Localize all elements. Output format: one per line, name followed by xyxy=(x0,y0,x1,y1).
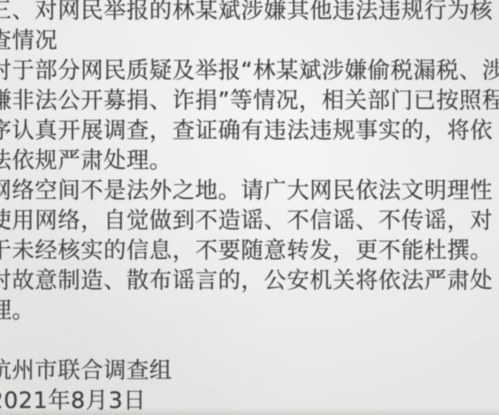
text-line: 于未经核实的信息，不要随意转发，更不能杜撰。 xyxy=(0,236,499,266)
text-line: 三、对网民举报的林某斌涉嫌其他违法违规行为核 xyxy=(0,0,499,26)
text-line: 法依规严肃处理。 xyxy=(0,146,499,176)
text-line: 理。 xyxy=(0,296,499,326)
blank-line xyxy=(0,326,499,356)
document-photo: 三、对网民举报的林某斌涉嫌其他违法违规行为核 查情况 对于部分网民质疑及举报“林… xyxy=(0,0,499,415)
text-line: 网络空间不是法外之地。请广大网民依法文明理性 xyxy=(0,176,499,206)
text-line: 对于部分网民质疑及举报“林某斌涉嫌偷税漏税、涉 xyxy=(0,56,499,86)
text-line: 嫌非法公开募捐、诈捐”等情况，相关部门已按照程 xyxy=(0,86,499,116)
announcement-text: 三、对网民举报的林某斌涉嫌其他违法违规行为核 查情况 对于部分网民质疑及举报“林… xyxy=(0,0,499,415)
text-line: 对故意制造、散布谣言的，公安机关将依法严肃处 xyxy=(0,266,499,296)
text-line: 使用网络，自觉做到不造谣、不信谣、不传谣，对 xyxy=(0,206,499,236)
signature-line: 杭州市联合调查组 xyxy=(0,356,499,386)
text-line: 序认真开展调查，查证确有违法违规事实的，将依 xyxy=(0,116,499,146)
text-line: 查情况 xyxy=(0,26,499,56)
date-line: 2021年8月3日 xyxy=(0,386,499,415)
